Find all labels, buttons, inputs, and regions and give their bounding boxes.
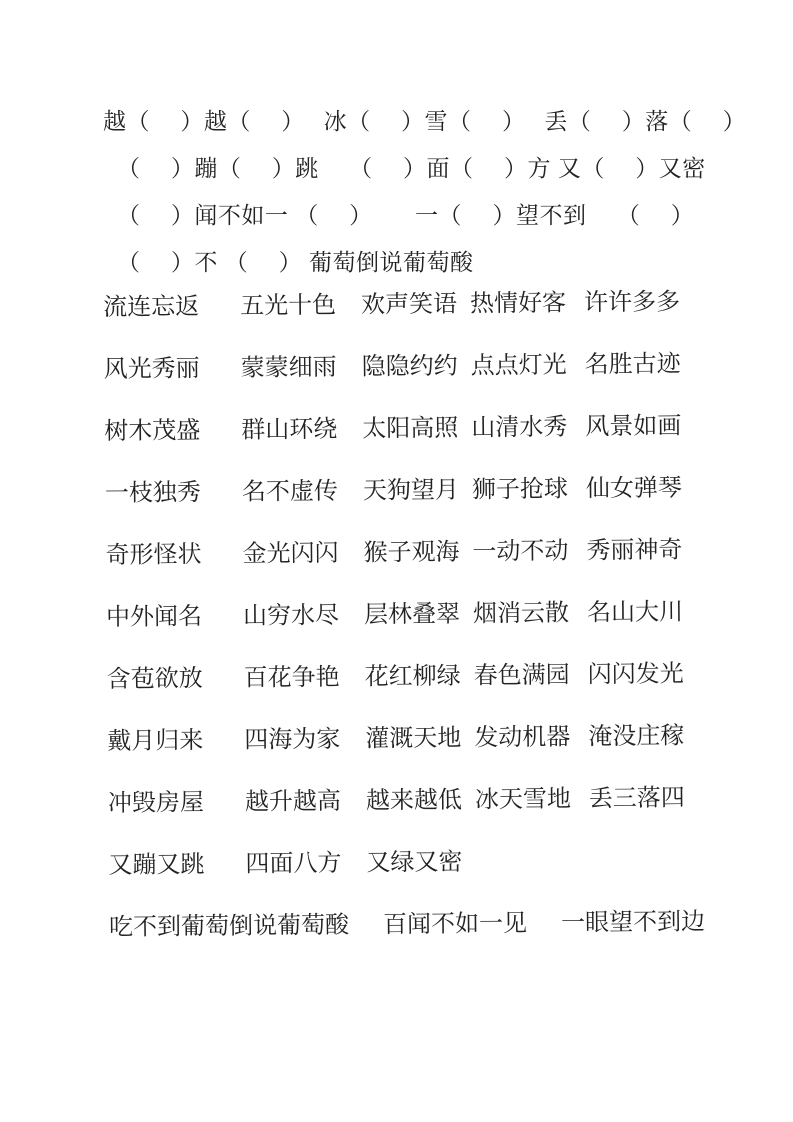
idiom: 流连忘返: [103, 293, 240, 322]
idiom: 名不虚传: [242, 478, 363, 507]
idiom: 群山环绕: [241, 416, 362, 445]
idiom: 戴月归来: [107, 727, 244, 756]
fill-line-2: （ ）蹦（ ）跳 （ ）面（ ）方 又（ ）又密: [117, 154, 793, 182]
idiom: 四面八方: [245, 850, 366, 879]
idiom: 欢声笑语: [361, 290, 470, 319]
fill-line-3: （ ）闻不如一 （ ） 一（ ）望不到 （ ）: [117, 201, 793, 229]
idiom: 五光十色: [240, 292, 361, 321]
idiom: 隐隐约约: [362, 352, 471, 381]
phrase: 百闻不如一见: [383, 910, 527, 939]
idiom: 狮子抢球: [472, 475, 586, 504]
idiom: 花红柳绿: [365, 662, 474, 691]
idiom: 蒙蒙细雨: [241, 354, 362, 383]
idiom: 百花争艳: [244, 664, 365, 693]
worksheet-page: 越（ ）越（ ） 冰（ ）雪（ ） 丢（ ）落（ ） （ ）蹦（ ）跳 （ ）面…: [0, 0, 793, 1122]
idiom: 冲毁房屋: [108, 789, 245, 818]
idiom: 越升越高: [245, 788, 366, 817]
idiom: 天狗望月: [363, 476, 472, 505]
idiom: 越来越低: [366, 786, 475, 815]
idiom: 淹没庄稼: [588, 721, 793, 751]
idiom-row-10: 又蹦又跳 四面八方 又绿又密: [108, 845, 793, 880]
idiom-row-7: 含苞欲放 百花争艳 花红柳绿 春色满园 闪闪发光: [107, 659, 793, 694]
idiom: 点点灯光: [471, 351, 585, 380]
idiom: 猴子观海: [363, 538, 472, 567]
idiom: 奇形怪状: [105, 541, 242, 570]
idiom-section: 流连忘返 五光十色 欢声笑语 热情好客 许许多多 风光秀丽 蒙蒙细雨 隐隐约约 …: [0, 287, 793, 943]
phrase: 一眼望不到边: [561, 908, 705, 937]
idiom: 含苞欲放: [107, 665, 244, 694]
idiom: 中外闻名: [106, 603, 243, 632]
idiom-row-4: 一枝独秀 名不虚传 天狗望月 狮子抢球 仙女弹琴: [105, 473, 793, 508]
idiom-row-6: 中外闻名 山穷水尽 层林叠翠 烟消云散 名山大川: [106, 597, 793, 632]
idiom: 烟消云散: [473, 599, 587, 628]
idiom: 发动机器: [474, 723, 588, 752]
fill-line-1: 越（ ）越（ ） 冰（ ）雪（ ） 丢（ ）落（ ）: [103, 107, 793, 135]
phrase-row: 吃不到葡萄倒说葡萄酸 百闻不如一见 一眼望不到边: [109, 907, 793, 942]
idiom: 风光秀丽: [104, 355, 241, 384]
idiom: 又绿又密: [366, 848, 475, 877]
idiom: 丢三落四: [589, 783, 793, 813]
idiom: 热情好客: [470, 289, 584, 318]
idiom-row-1: 流连忘返 五光十色 欢声笑语 热情好客 许许多多: [103, 287, 793, 322]
idiom: 许许多多: [584, 287, 793, 317]
idiom: 冰天雪地: [475, 785, 589, 814]
idiom: 金光闪闪: [242, 540, 363, 569]
idiom: 一枝独秀: [105, 479, 242, 508]
idiom: 仙女弹琴: [586, 473, 793, 503]
idiom: 春色满园: [474, 661, 588, 690]
idiom: 名胜古迹: [585, 349, 793, 379]
idiom: 秀丽神奇: [586, 535, 793, 565]
idiom: 树木茂盛: [104, 417, 241, 446]
idiom-row-8: 戴月归来 四海为家 灌溉天地 发动机器 淹没庄稼: [107, 721, 793, 756]
idiom: 又蹦又跳: [108, 851, 245, 880]
idiom-row-3: 树木茂盛 群山环绕 太阳高照 山清水秀 风景如画: [104, 411, 793, 446]
idiom: 山清水秀: [471, 413, 585, 442]
idiom-row-5: 奇形怪状 金光闪闪 猴子观海 一动不动 秀丽神奇: [105, 535, 793, 570]
idiom: 一动不动: [472, 537, 586, 566]
idiom: 闪闪发光: [588, 659, 793, 689]
idiom: 层林叠翠: [364, 600, 473, 629]
idiom-row-2: 风光秀丽 蒙蒙细雨 隐隐约约 点点灯光 名胜古迹: [104, 349, 793, 384]
idiom: 四海为家: [244, 726, 365, 755]
idiom-row-9: 冲毁房屋 越升越高 越来越低 冰天雪地 丢三落四: [108, 783, 793, 818]
idiom: 太阳高照: [362, 414, 471, 443]
phrase: 吃不到葡萄倒说葡萄酸: [109, 912, 349, 942]
fill-line-4: （ ）不 （ ） 葡萄倒说葡萄酸: [117, 248, 793, 276]
idiom: 山穷水尽: [243, 602, 364, 631]
fill-in-blank-section: 越（ ）越（ ） 冰（ ）雪（ ） 丢（ ）落（ ） （ ）蹦（ ）跳 （ ）面…: [0, 0, 793, 276]
idiom: 名山大川: [587, 597, 793, 627]
idiom: 灌溉天地: [365, 724, 474, 753]
idiom: 风景如画: [585, 411, 793, 441]
